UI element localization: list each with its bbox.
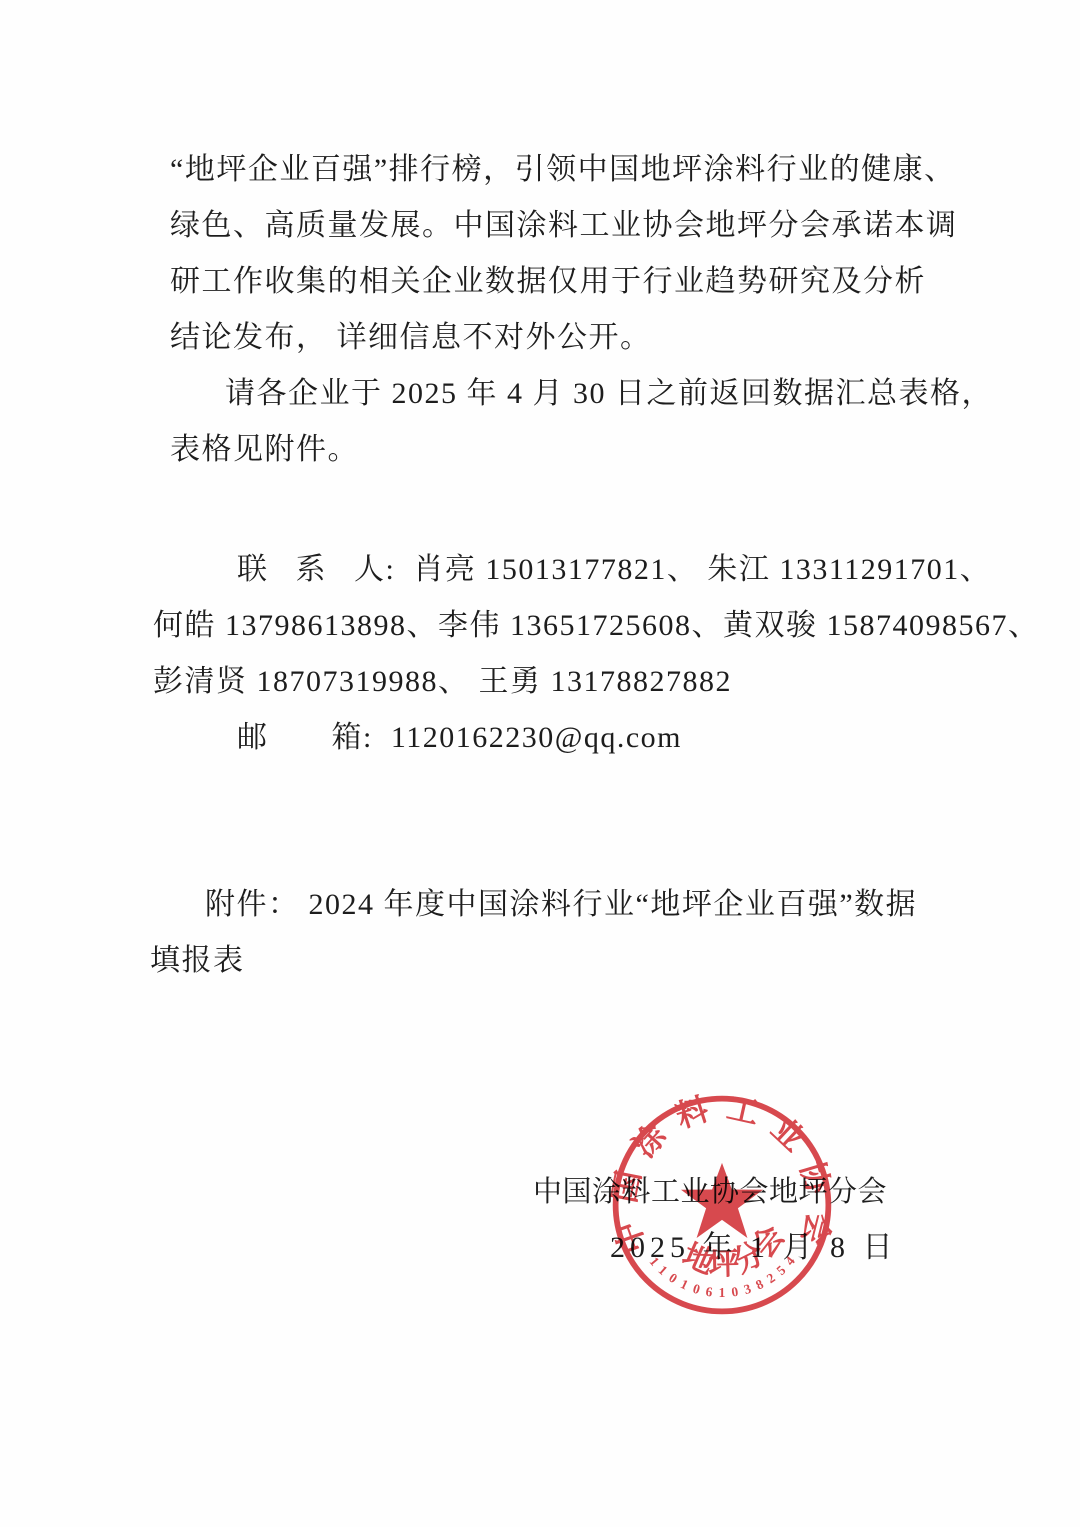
contact-block: 联 系 人: 肖亮 15013177821、 朱江 13311291701、 何… xyxy=(170,542,950,766)
paragraph1-line4: 结论发布， 详细信息不对外公开。 xyxy=(170,310,950,366)
paragraph1-line2: 绿色、高质量发展。中国涂料工业协会地坪分会承诺本调 xyxy=(170,198,950,254)
paragraph1-line3: 研工作收集的相关企业数据仅用于行业趋势研究及分析 xyxy=(170,254,950,310)
contact-persons-line2: 何皓 13798613898、李伟 13651725608、黄双骏 158740… xyxy=(153,598,950,654)
official-seal: 中国涂料工业协会 地坪分会 1101061038254 xyxy=(607,1090,837,1320)
paragraph1-line1: “地坪企业百强”排行榜，引领中国地坪涂料行业的健康、 xyxy=(170,142,950,198)
attachment-line1: 附件： 2024 年度中国涂料行业“地坪企业百强”数据 xyxy=(170,877,950,933)
paragraph2-line2: 表格见附件。 xyxy=(170,422,950,478)
attachment-block: 附件： 2024 年度中国涂料行业“地坪企业百强”数据 填报表 xyxy=(170,877,950,989)
star-icon xyxy=(681,1163,763,1238)
contact-email-line: 邮 箱: 1120162230@qq.com xyxy=(170,710,950,766)
attachment-line2: 填报表 xyxy=(150,933,950,989)
paragraph2-line1: 请各企业于 2025 年 4 月 30 日之前返回数据汇总表格， xyxy=(170,366,950,422)
letter-page: “地坪企业百强”排行榜，引领中国地坪涂料行业的健康、 绿色、高质量发展。中国涂料… xyxy=(0,0,1080,1527)
contact-persons-line1: 联 系 人: 肖亮 15013177821、 朱江 13311291701、 xyxy=(170,542,950,598)
contact-persons-line3: 彭清贤 18707319988、 王勇 13178827882 xyxy=(153,654,950,710)
